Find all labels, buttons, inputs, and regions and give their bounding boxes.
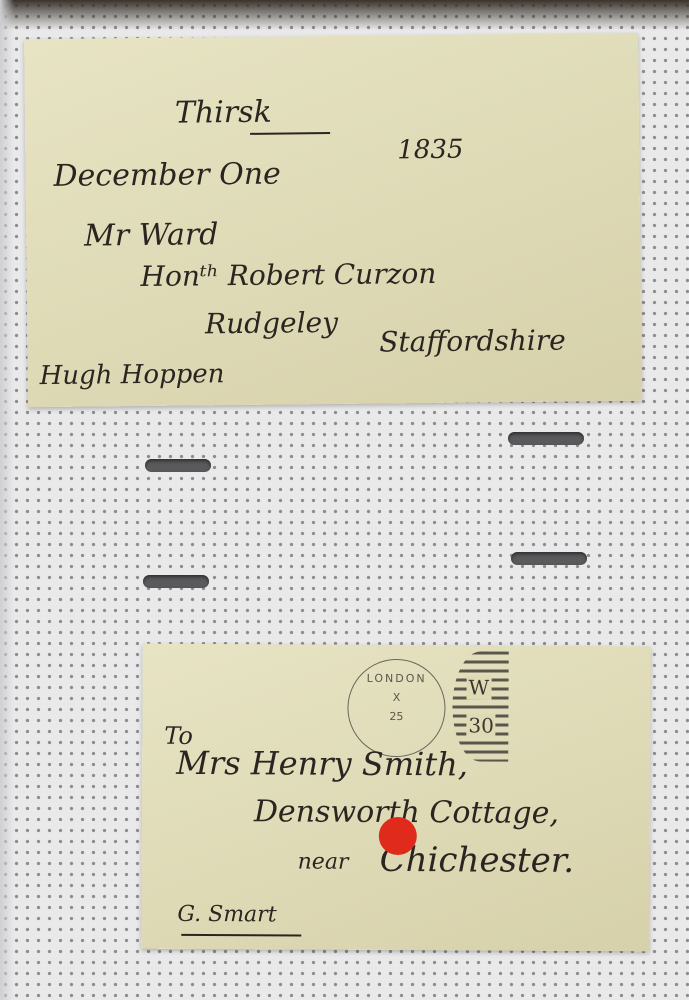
near: near [298, 849, 349, 874]
year: 1835 [397, 135, 463, 166]
underline [250, 132, 330, 135]
page-slot [511, 552, 587, 565]
town: Rudgeley [205, 306, 338, 340]
red-seal-dot [379, 817, 417, 855]
cover-top: Thirsk December One 1835 Mr Ward Honᵗʰ R… [24, 33, 642, 407]
london-postmark: LONDON X 25 [347, 659, 446, 758]
addressee-1: Mr Ward [84, 217, 219, 253]
cover-bottom: LONDON X 25 W 30 To Mrs Henry Smith, Den… [141, 644, 651, 952]
signature: G. Smart [177, 902, 276, 928]
addressee: Mrs Henry Smith, [176, 744, 468, 784]
page-slot [143, 575, 209, 588]
album-page: Thirsk December One 1835 Mr Ward Honᵗʰ R… [0, 0, 689, 1000]
addressee-2: Honᵗʰ Robert Curzon [140, 257, 436, 293]
county: Staffordshire [379, 324, 566, 359]
signature: Hugh Hoppen [39, 359, 224, 391]
date-line: December One [53, 157, 281, 194]
underline [181, 934, 301, 937]
top-line: Thirsk [175, 95, 272, 131]
page-slot [508, 432, 584, 445]
page-slot [145, 459, 211, 472]
